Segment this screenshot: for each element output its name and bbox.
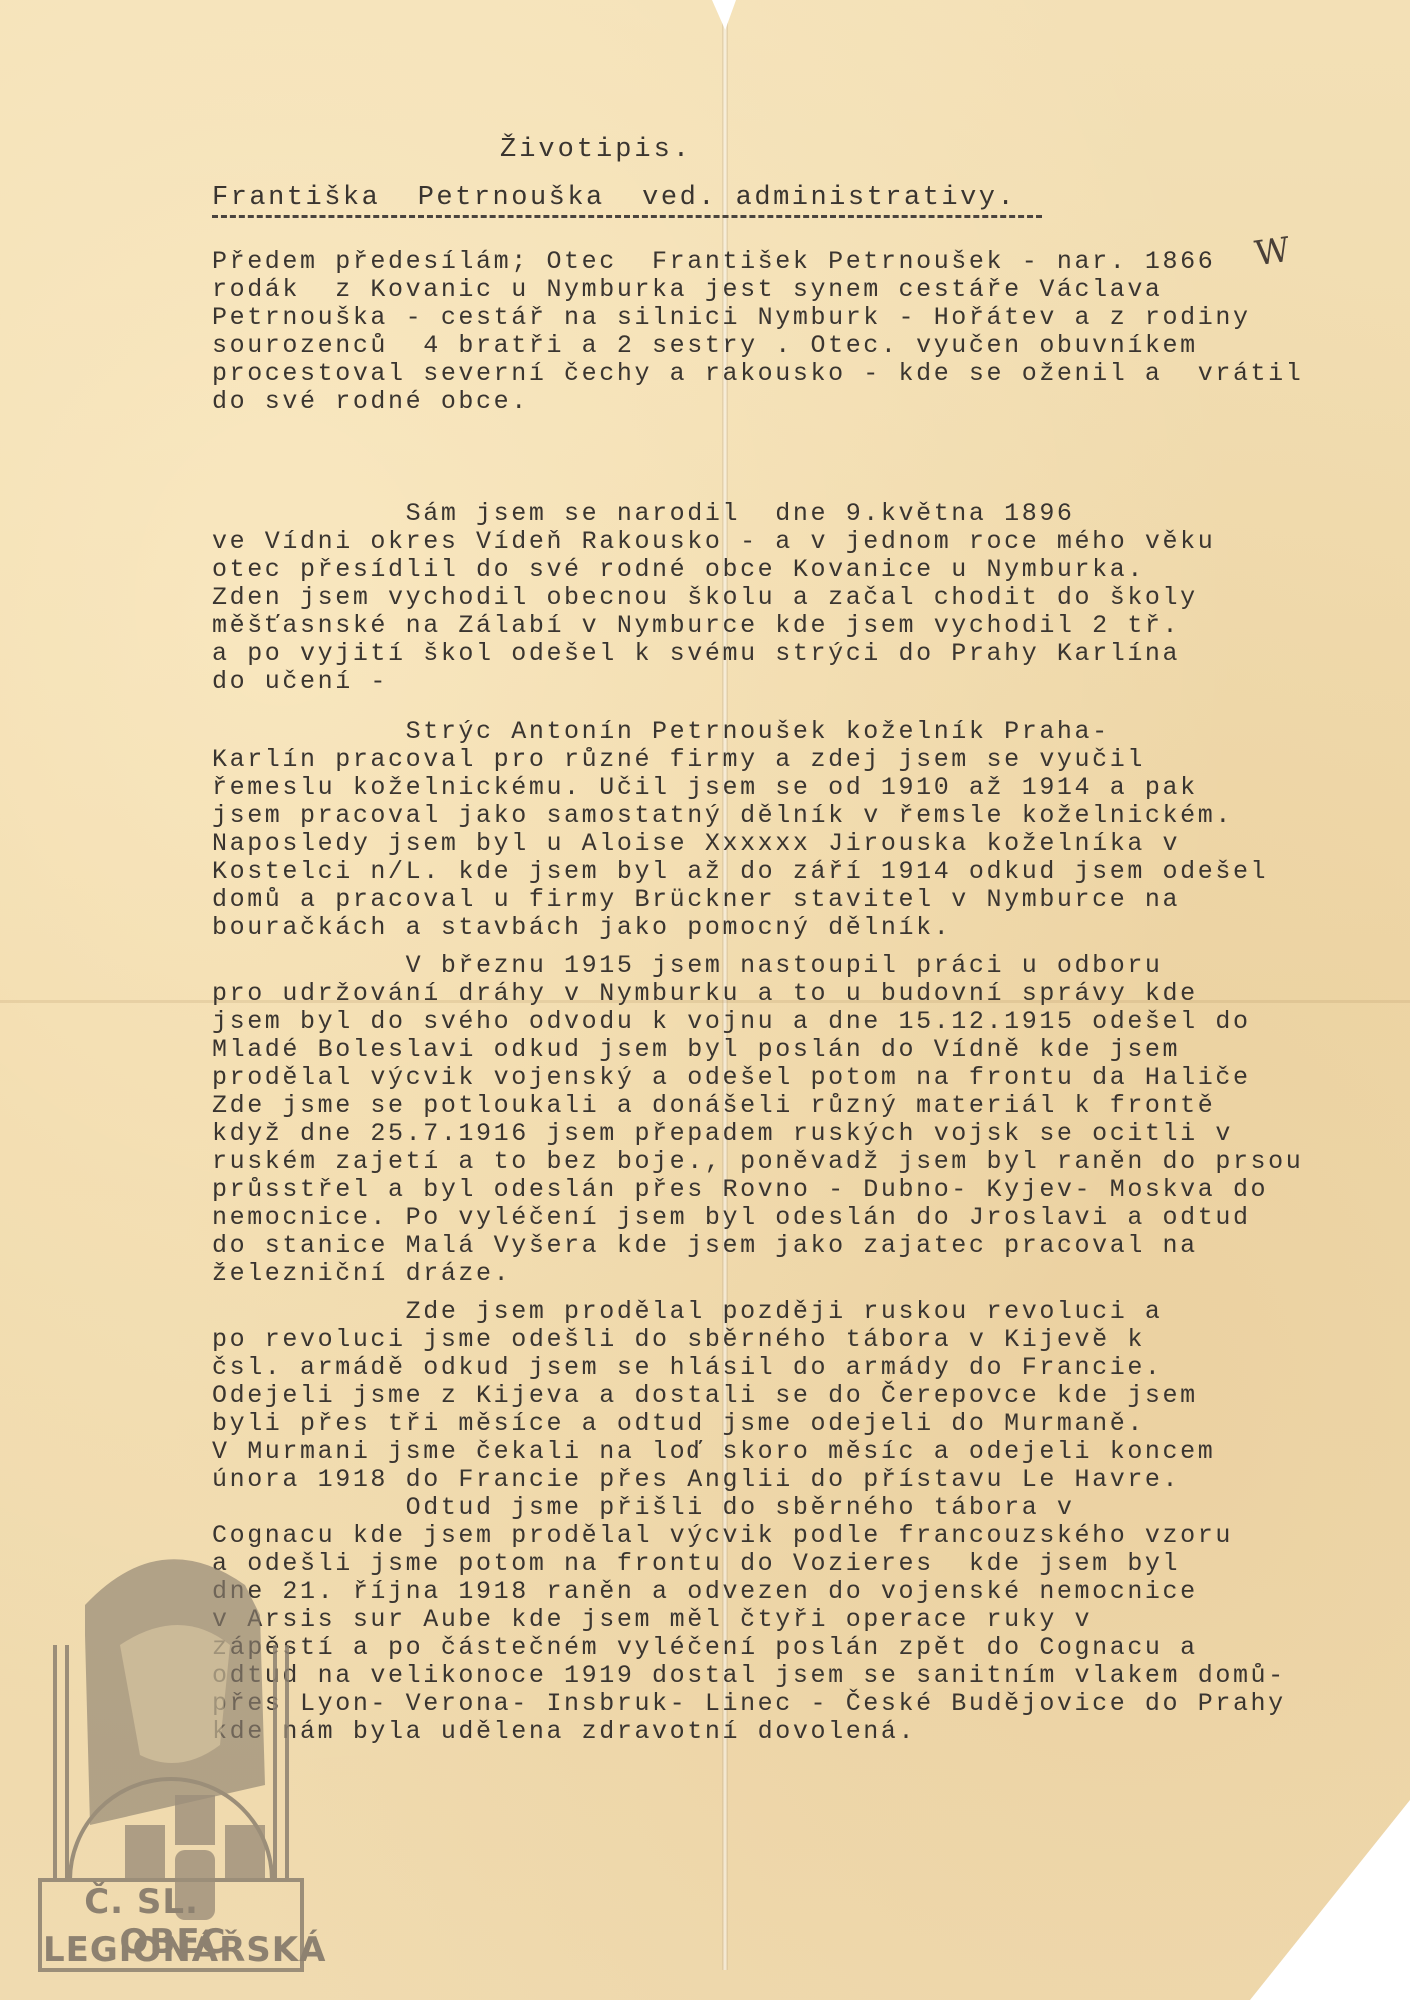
text-line: prodělal výcvik vojenský a odešel potom …: [212, 1064, 1303, 1092]
text-line: nemocnice. Po vyléčení jsem byl odeslán …: [212, 1204, 1303, 1232]
text-line: V Murmani jsme čekali na loď skoro měsíc…: [212, 1438, 1215, 1466]
text-line: Kostelci n/L. kde jsem byl až do září 19…: [212, 858, 1268, 886]
stamp-line-2: LEGIONÁŘSKÁ: [43, 1930, 303, 1970]
text-line: Zde jsem prodělal později ruskou revoluc…: [212, 1298, 1215, 1326]
paragraph-france: Odtud jsme přišli do sběrného tábora vCo…: [212, 1494, 1286, 1746]
paragraph-revolution: Zde jsem prodělal později ruskou revoluc…: [212, 1298, 1215, 1494]
text-line: po revoluci jsme odešli do sběrného tábo…: [212, 1326, 1215, 1354]
text-line: a po vyjití škol odešel k svému strýci d…: [212, 640, 1215, 668]
text-line: Petrnouška - cestář na silnici Nymburk -…: [212, 304, 1303, 332]
text-line: Odtud jsme přišli do sběrného tábora v: [212, 1494, 1286, 1522]
text-line: Mladé Boleslavi odkud jsem byl poslán do…: [212, 1036, 1303, 1064]
paragraph-birth: Sám jsem se narodil dne 9.května 1896ve …: [212, 500, 1215, 696]
text-line: přes Lyon- Verona- Insbruk- Linec - Česk…: [212, 1690, 1286, 1718]
document-title: Životipis.: [500, 135, 692, 165]
text-line: železniční dráze.: [212, 1260, 1303, 1288]
text-line: kde nám byla udělena zdravotní dovolená.: [212, 1718, 1286, 1746]
text-line: V březnu 1915 jsem nastoupil práci u odb…: [212, 952, 1303, 980]
text-line: Strýc Antonín Petrnoušek koželník Praha-: [212, 718, 1268, 746]
text-line: řemeslu koželnickému. Učil jsem se od 19…: [212, 774, 1268, 802]
text-line: byli přes tři měsíce a odtud jsme odejel…: [212, 1410, 1215, 1438]
text-line: do učení -: [212, 668, 1215, 696]
text-line: února 1918 do Francie přes Anglii do pří…: [212, 1466, 1215, 1494]
text-line: rodák z Kovanic u Nymburka jest synem ce…: [212, 276, 1303, 304]
document-subtitle: Františka Petrnouška ved. administrativy…: [212, 183, 1042, 218]
text-line: v Arsis sur Aube kde jsem měl čtyři oper…: [212, 1606, 1286, 1634]
text-line: Sám jsem se narodil dne 9.května 1896: [212, 500, 1215, 528]
text-line: zápěstí a po částečném vyléčení poslán z…: [212, 1634, 1286, 1662]
text-line: když dne 25.7.1916 jsem přepadem ruských…: [212, 1120, 1303, 1148]
text-line: Zden jsem vychodil obecnou školu a začal…: [212, 584, 1215, 612]
text-line: Naposledy jsem byl u Aloise Xxxxxx Jirou…: [212, 830, 1268, 858]
text-line: do své rodné obce.: [212, 388, 1303, 416]
stamp-text-csl: Č. SL.: [84, 1882, 199, 1922]
text-line: Cognacu kde jsem prodělal výcvik podle f…: [212, 1522, 1286, 1550]
text-line: jsem byl do svého odvodu k vojnu a dne 1…: [212, 1008, 1303, 1036]
text-line: domů a pracoval u firmy Brückner stavite…: [212, 886, 1268, 914]
text-line: odtud na velikonoce 1919 dostal jsem se …: [212, 1662, 1286, 1690]
text-line: Zde jsme se potloukali a donášeli různý …: [212, 1092, 1303, 1120]
text-line: procestoval severní čechy a rakousko - k…: [212, 360, 1303, 388]
text-line: ruském zajetí a to bez boje., poněvadž j…: [212, 1148, 1303, 1176]
text-line: Odejeli jsme z Kijeva a dostali se do Če…: [212, 1382, 1215, 1410]
text-line: a odešli jsme potom na frontu do Voziere…: [212, 1550, 1286, 1578]
paragraph-intro: Předem předesílám; Otec František Petrno…: [212, 248, 1303, 416]
text-line: do stanice Malá Vyšera kde jsem jako zaj…: [212, 1232, 1303, 1260]
text-line: Předem předesílám; Otec František Petrno…: [212, 248, 1303, 276]
paragraph-apprenticeship: Strýc Antonín Petrnoušek koželník Praha-…: [212, 718, 1268, 942]
text-line: otec přesídlil do své rodné obce Kovanic…: [212, 556, 1215, 584]
text-line: Karlín pracoval pro různé firmy a zdej j…: [212, 746, 1268, 774]
text-line: pro udržování dráhy v Nymburku a to u bu…: [212, 980, 1303, 1008]
text-line: měšťasnské na Zálabí v Nymburce kde jsem…: [212, 612, 1215, 640]
text-line: sourozenců 4 bratři a 2 sestry . Otec. v…: [212, 332, 1303, 360]
text-line: bouračkách a stavbách jako pomocný dělní…: [212, 914, 1268, 942]
text-line: dne 21. října 1918 raněn a odvezen do vo…: [212, 1578, 1286, 1606]
text-line: jsem pracoval jako samostatný dělník v ř…: [212, 802, 1268, 830]
text-line: ve Vídni okres Vídeň Rakousko - a v jedn…: [212, 528, 1215, 556]
text-line: čsl. armádě odkud jsem se hlásil do armá…: [212, 1354, 1215, 1382]
text-line: průsstřel a byl odeslán přes Rovno - Dub…: [212, 1176, 1303, 1204]
paragraph-war: V březnu 1915 jsem nastoupil práci u odb…: [212, 952, 1303, 1288]
